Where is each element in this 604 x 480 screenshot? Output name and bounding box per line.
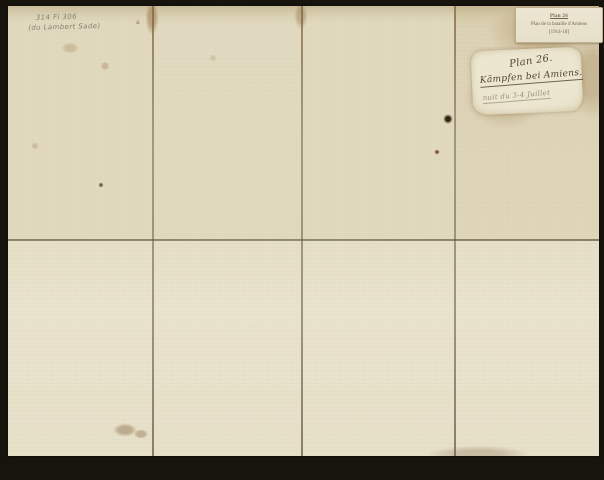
handwritten-label-line1: Plan 26.: [509, 53, 554, 70]
archival-code-line2: (du Lambert Sade): [28, 21, 101, 33]
fold-line-horizontal: [8, 239, 599, 241]
fold-line-vertical-3: [454, 6, 456, 456]
panel-bottom-2: [153, 240, 302, 456]
handwritten-label-slip: Plan 26. Kämpfen bei Amiens. nuit du 3-4…: [471, 47, 584, 116]
panel-bottom-4: [455, 240, 599, 456]
printed-label-subtitle: Plan de la bataille d'Amiens: [531, 22, 587, 28]
panel-top-1: [8, 6, 153, 240]
pencil-page-mark: a: [136, 19, 140, 26]
fold-line-vertical-1: [152, 6, 154, 456]
panel-bottom-3: [302, 240, 455, 456]
panel-top-2: [153, 6, 302, 240]
printed-label: Plan 26 Plan de la bataille d'Amiens [19…: [515, 7, 603, 43]
handwritten-label-line2: Kämpfen bei Amiens.: [480, 68, 583, 88]
printed-label-title: Plan 26: [550, 14, 568, 20]
handwritten-label-line3: nuit du 3-4 Juillet: [482, 89, 550, 104]
panel-bottom-1: [8, 240, 153, 456]
scan-background: 314 Fi 306 (du Lambert Sade) a Plan 26 P…: [0, 0, 604, 480]
archival-code-note: 314 Fi 306 (du Lambert Sade): [28, 11, 101, 33]
folded-map-verso: 314 Fi 306 (du Lambert Sade) a Plan 26 P…: [8, 6, 599, 456]
panel-top-3: [302, 6, 455, 240]
fold-line-vertical-2: [301, 6, 303, 456]
printed-label-date: [1914-18]: [549, 30, 569, 36]
